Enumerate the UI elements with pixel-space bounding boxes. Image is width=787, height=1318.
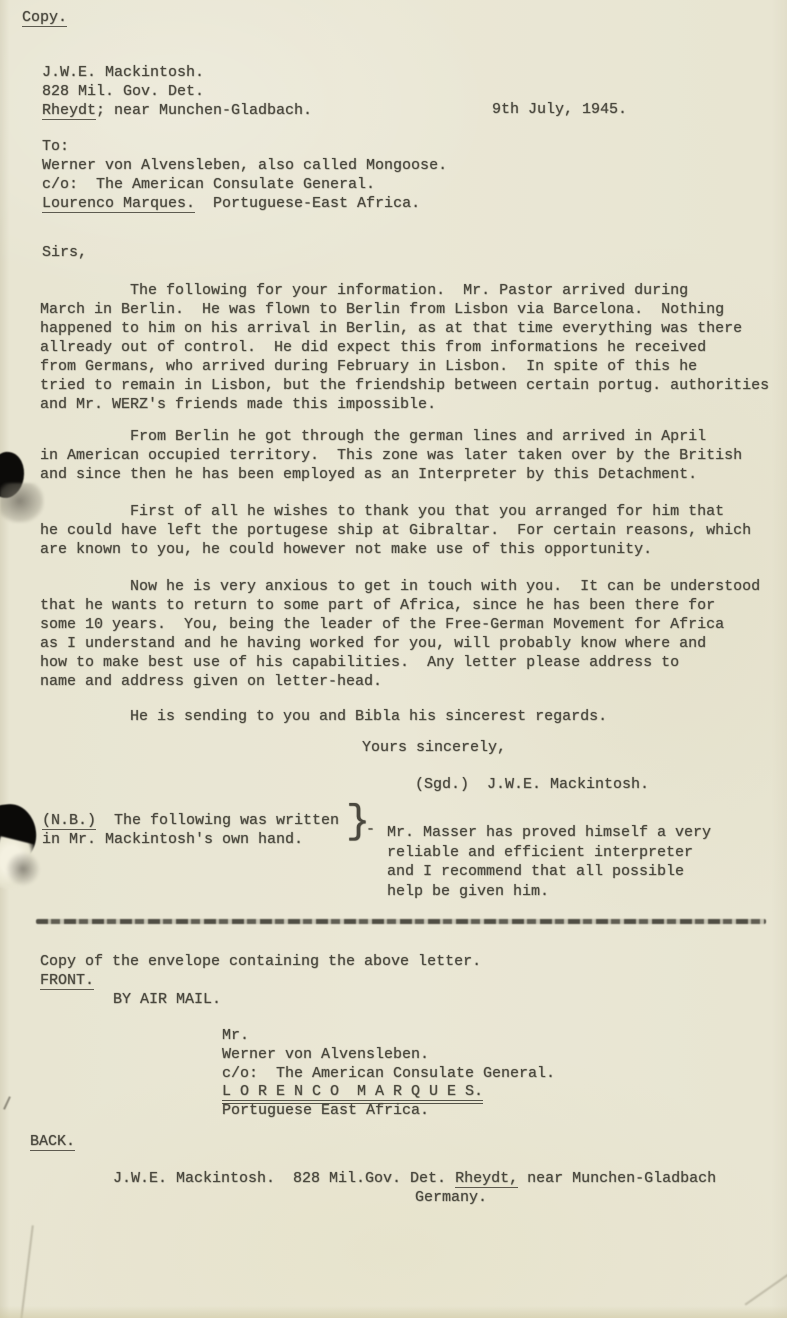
text-line: Mr. Masser has proved himself a very bbox=[387, 823, 711, 843]
nb-right-note: Mr. Masser has proved himself a veryreli… bbox=[387, 823, 711, 902]
envelope-back-label: BACK. bbox=[30, 1132, 75, 1151]
recipient-line-1: Werner von Alvensleben, also called Mong… bbox=[42, 156, 447, 175]
recipient-line-3: Lourenco Marques. Portuguese-East Africa… bbox=[42, 194, 420, 213]
salutation: Sirs, bbox=[42, 243, 87, 262]
scanned-letter-page: Copy. J.W.E. Mackintosh. 828 Mil. Gov. D… bbox=[0, 0, 787, 1318]
sender-line-3: Rheydt; near Munchen-Gladbach. bbox=[42, 101, 312, 120]
recipient-city-underlined: Lourenco Marques. bbox=[42, 195, 195, 213]
recipient-line-3-rest: Portuguese-East Africa. bbox=[195, 195, 420, 212]
scan-edge-bottom bbox=[0, 1306, 787, 1318]
envelope-address-line-3: c/o: The American Consulate General. bbox=[222, 1064, 555, 1083]
sender-line-1: J.W.E. Mackintosh. bbox=[42, 63, 204, 82]
sender-city-underlined: Rheydt bbox=[42, 102, 96, 120]
text-line: Now he is very anxious to get in touch w… bbox=[40, 577, 760, 596]
nb-left-line-1: (N.B.) The following was written bbox=[42, 811, 339, 830]
text-line: how to make best use of his capabilities… bbox=[40, 653, 760, 672]
paper-crease-right bbox=[745, 1272, 787, 1305]
smudge-top bbox=[0, 483, 44, 523]
paragraph-3: First of all he wishes to thank you that… bbox=[40, 502, 751, 559]
nb-label-underlined: (N.B.) bbox=[42, 812, 96, 830]
paragraph-1: The following for your information. Mr. … bbox=[40, 281, 769, 414]
back-line-rest: near Munchen-Gladbach bbox=[518, 1170, 716, 1187]
letter-date: 9th July, 1945. bbox=[492, 100, 627, 119]
text-line: name and address given on letter-head. bbox=[40, 672, 760, 691]
paragraph-4: Now he is very anxious to get in touch w… bbox=[40, 577, 760, 691]
text-line: The following for your information. Mr. … bbox=[40, 281, 769, 300]
text-line: reliable and efficient interpreter bbox=[387, 843, 711, 863]
envelope-address-line-2: Werner von Alvensleben. bbox=[222, 1045, 429, 1064]
paragraph-2: From Berlin he got through the german li… bbox=[40, 427, 742, 484]
back-line-pre: J.W.E. Mackintosh. 828 Mil.Gov. Det. bbox=[113, 1170, 455, 1187]
text-line: in American occupied territory. This zon… bbox=[40, 446, 742, 465]
nb-left-line-2: in Mr. Mackintosh's own hand. bbox=[42, 830, 303, 849]
copy-label-text: Copy. bbox=[22, 9, 67, 27]
text-line: from Germans, who arrived during Februar… bbox=[40, 357, 769, 376]
text-line: some 10 years. You, being the leader of … bbox=[40, 615, 760, 634]
paragraph-5: He is sending to you and Bibla his since… bbox=[40, 707, 607, 726]
text-line: as I understand and he having worked for… bbox=[40, 634, 760, 653]
text-line: that he wants to return to some part of … bbox=[40, 596, 760, 615]
typed-divider-line bbox=[36, 919, 766, 924]
text-line: help be given him. bbox=[387, 882, 711, 902]
text-line: and I recommend that all possible bbox=[387, 862, 711, 882]
smudge-bottom bbox=[6, 852, 40, 886]
envelope-front-label: FRONT. bbox=[40, 971, 94, 990]
envelope-address-line-1: Mr. bbox=[222, 1026, 249, 1045]
text-line: From Berlin he got through the german li… bbox=[40, 427, 742, 446]
copy-label: Copy. bbox=[22, 8, 67, 27]
text-line: and since then he has been employed as a… bbox=[40, 465, 742, 484]
recipient-label: To: bbox=[42, 137, 69, 156]
text-line: allready out of control. He did expect t… bbox=[40, 338, 769, 357]
nb-dash: - bbox=[366, 820, 375, 839]
text-line: are known to you, he could however not m… bbox=[40, 540, 751, 559]
valediction: Yours sincerely, bbox=[362, 738, 506, 757]
text-line: First of all he wishes to thank you that… bbox=[40, 502, 751, 521]
sender-line-2: 828 Mil. Gov. Det. bbox=[42, 82, 204, 101]
text-line: happened to him on his arrival in Berlin… bbox=[40, 319, 769, 338]
envelope-intro: Copy of the envelope containing the abov… bbox=[40, 952, 481, 971]
nb-left-line-1-rest: The following was written bbox=[96, 812, 339, 829]
envelope-address-city: L O R E N C O M A R Q U E S. bbox=[222, 1082, 483, 1101]
text-line: March in Berlin. He was flown to Berlin … bbox=[40, 300, 769, 319]
envelope-address-country: Portuguese East Africa. bbox=[222, 1101, 429, 1120]
pen-mark bbox=[3, 1096, 11, 1110]
envelope-back-line-2: Germany. bbox=[415, 1188, 487, 1207]
text-line: he could have left the portugese ship at… bbox=[40, 521, 751, 540]
back-city-underlined: Rheydt, bbox=[455, 1170, 518, 1188]
paper-crease-left bbox=[20, 1225, 34, 1318]
front-label-text: FRONT. bbox=[40, 972, 94, 990]
sender-line-3-rest: ; near Munchen-Gladbach. bbox=[96, 102, 312, 119]
signature-line: (Sgd.) J.W.E. Mackintosh. bbox=[415, 775, 649, 794]
recipient-line-2: c/o: The American Consulate General. bbox=[42, 175, 375, 194]
text-line: and Mr. WERZ's friends made this impossi… bbox=[40, 395, 769, 414]
back-label-text: BACK. bbox=[30, 1133, 75, 1151]
text-line: tried to remain in Lisbon, but the frien… bbox=[40, 376, 769, 395]
airmail-label: BY AIR MAIL. bbox=[113, 990, 221, 1009]
envelope-back-line-1: J.W.E. Mackintosh. 828 Mil.Gov. Det. Rhe… bbox=[113, 1169, 716, 1188]
